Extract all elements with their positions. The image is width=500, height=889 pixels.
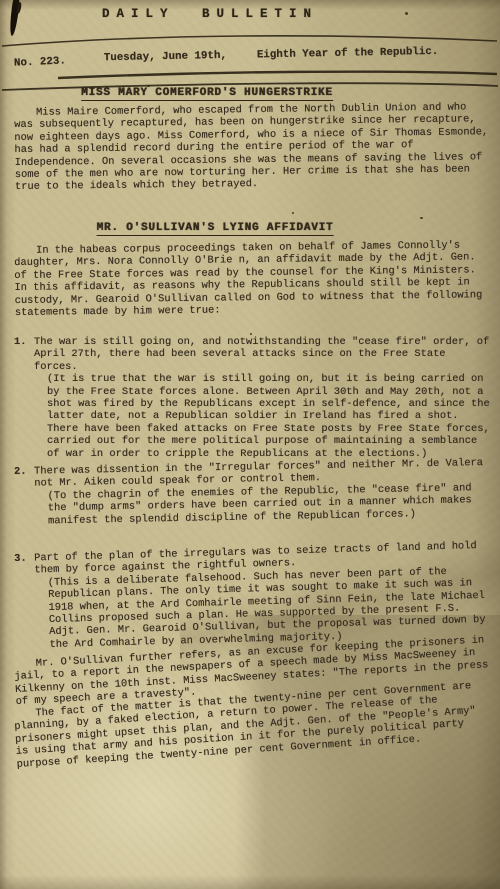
ink-speck [420,217,423,219]
affidavit-item-3: 3. Part of the plan of the irregulars wa… [14,540,493,653]
ink-speck [292,212,294,214]
ink-speck [250,333,252,335]
article2-headline: MR. O'SULLIVAN'S LYING AFFIDAVIT [97,222,334,236]
item-claim: The war is still going on, and notwithst… [34,336,489,373]
affidavit-item-1: 1. The war is still going on, and notwit… [14,336,492,460]
affidavit-item-2: 2. There was dissention in the "Irregula… [14,457,491,528]
item-number: 2. [14,466,35,528]
item-number: 3. [14,552,37,652]
issue-number: No. 223. [14,55,66,69]
item-number: 1. [14,336,34,460]
article1-headline: MISS MARY COMERFORD'S HUNGERSTRIKE [81,87,333,101]
article1-body: Miss Maire Comerford, who escaped from t… [14,101,489,194]
item-body: There was dissention in the "Irregular f… [34,457,491,528]
document-photo: { "masthead": { "title": "DAILY BULLETIN… [0,0,500,889]
item-body: Part of the plan of the irregulars was t… [34,540,493,652]
article2-intro: In the habeas corpus proceedings taken o… [14,239,489,319]
item-body: The war is still going on, and notwithst… [34,336,492,460]
issue-date: Tuesday, June 19th, [104,50,227,64]
item-rebuttal: (It is true that the war is still going … [34,373,492,460]
masthead-title: DAILY BULLETIN [102,7,318,21]
